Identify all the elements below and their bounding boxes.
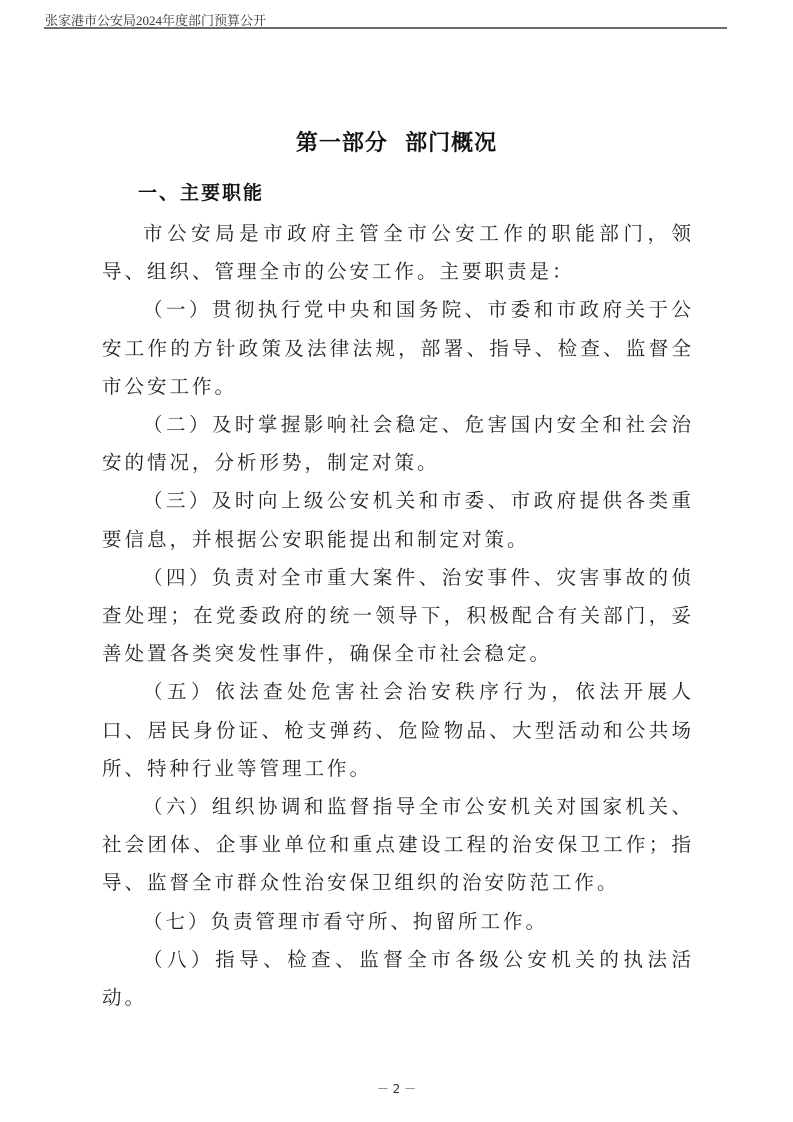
page-number: － 2 － — [0, 1080, 793, 1097]
paragraph-duty-8: （八）指导、检查、监督全市各级公安机关的执法活动。 — [102, 941, 694, 1017]
paragraph-duty-7: （七）负责管理市看守所、拘留所工作。 — [102, 903, 694, 941]
section-heading: 一、主要职能 — [138, 178, 264, 205]
header-rule — [44, 27, 727, 29]
paragraph-duty-3: （三）及时向上级公安机关和市委、市政府提供各类重要信息，并根据公安职能提出和制定… — [102, 482, 694, 558]
paragraph-duty-1: （一）贯彻执行党中央和国务院、市委和市政府关于公安工作的方针政策及法律法规，部署… — [102, 291, 694, 406]
paragraph-duty-5: （五）依法查处危害社会治安秩序行为，依法开展人口、居民身份证、枪支弹药、危险物品… — [102, 673, 694, 788]
paragraph-duty-6: （六）组织协调和监督指导全市公安机关对国家机关、社会团体、企事业单位和重点建设工… — [102, 788, 694, 903]
paragraph-intro: 市公安局是市政府主管全市公安工作的职能部门，领导、组织、管理全市的公安工作。主要… — [102, 215, 694, 291]
body-text: 市公安局是市政府主管全市公安工作的职能部门，领导、组织、管理全市的公安工作。主要… — [102, 215, 694, 1017]
running-header: 张家港市公安局2024年度部门预算公开 — [44, 10, 727, 30]
paragraph-duty-2: （二）及时掌握影响社会稳定、危害国内安全和社会治安的情况，分析形势，制定对策。 — [102, 406, 694, 482]
paragraph-duty-4: （四）负责对全市重大案件、治安事件、灾害事故的侦查处理；在党委政府的统一领导下，… — [102, 559, 694, 674]
page-title: 第一部分 部门概况 — [0, 126, 793, 157]
